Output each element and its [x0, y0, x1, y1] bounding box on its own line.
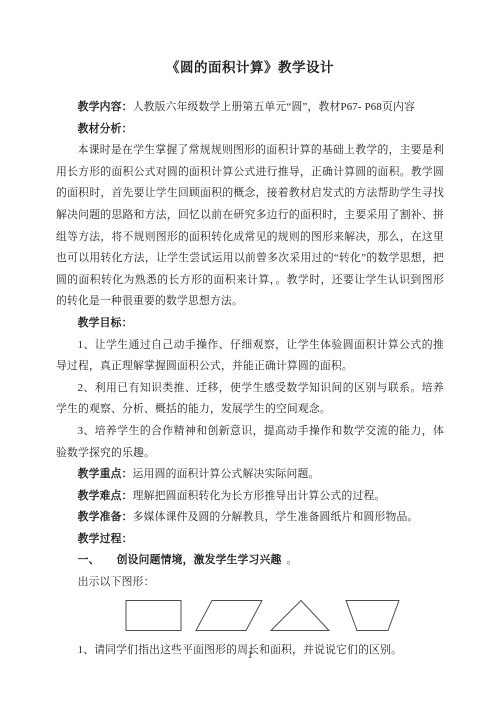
- difficult-point-line: 教学难点：理解把圆面积转化为长方形推导出计算公式的过程。: [56, 486, 444, 508]
- step-one-heading: 一、创设问题情境，激发学生学习兴趣。: [56, 550, 444, 572]
- teaching-content-text: 人教版六年级数学上册第五单元“圆”，教材P67- P68页内容: [133, 101, 415, 113]
- goal-item-1: 1、让学生通过自己动手操作、仔细观察，让学生体验圆面积计算公式的推导过程，真正理…: [56, 335, 444, 378]
- preparation-text: 多媒体课件及圆的分解教具，学生准备圆纸片和圆形物品。: [133, 511, 419, 523]
- rectangle-shape: [126, 600, 181, 630]
- preparation-label: 教学准备：: [78, 511, 133, 523]
- material-analysis-body: 本课时是在学生掌握了常规规则图形的面积计算的基础上教学的，主要是利用长方形的面积…: [56, 140, 444, 313]
- page-number: 1: [0, 650, 500, 661]
- goal-item-2: 2、利用已有知识类推、迁移，使学生感受数学知识间的区别与联系。培养学生的观察、分…: [56, 378, 444, 421]
- teaching-process-label: 教学过程：: [78, 533, 133, 545]
- difficult-point-text: 理解把圆面积转化为长方形推导出计算公式的过程。: [133, 490, 386, 502]
- step-one-suffix: 。: [287, 554, 298, 566]
- triangle-shape: [271, 600, 329, 630]
- goal-item-3: 3、培养学生的合作精神和创新意识，提高动手操作和数学交流的能力，体验数学探究的乐…: [56, 421, 444, 464]
- key-point-label: 教学重点：: [78, 468, 133, 480]
- teaching-goals-heading: 教学目标：: [56, 313, 444, 335]
- trapezoid-shape: [346, 600, 399, 630]
- material-analysis-heading: 教材分析：: [56, 119, 444, 141]
- document-page: 《圆的面积计算》教学设计 教学内容：人教版六年级数学上册第五单元“圆”，教材P6…: [0, 0, 500, 707]
- teaching-process-heading: 教学过程：: [56, 529, 444, 551]
- key-point-line: 教学重点：运用圆的面积计算公式解决实际问题。: [56, 464, 444, 486]
- shapes-svg: [124, 597, 404, 635]
- difficult-point-label: 教学难点：: [78, 490, 133, 502]
- teaching-content-line: 教学内容：人教版六年级数学上册第五单元“圆”，教材P67- P68页内容: [56, 97, 444, 119]
- show-shapes-line: 出示以下图形：: [56, 572, 444, 594]
- material-analysis-label: 教材分析：: [78, 123, 133, 135]
- step-one-number: 一、: [78, 554, 100, 566]
- key-point-text: 运用圆的面积计算公式解决实际问题。: [133, 468, 320, 480]
- teaching-content-label: 教学内容：: [78, 101, 133, 113]
- parallelogram-shape: [196, 600, 262, 630]
- page-title: 《圆的面积计算》教学设计: [56, 56, 444, 80]
- teaching-goals-label: 教学目标：: [78, 317, 133, 329]
- step-one-title: 创设问题情境，激发学生学习兴趣: [117, 554, 282, 566]
- shapes-figure: [124, 597, 444, 637]
- preparation-line: 教学准备：多媒体课件及圆的分解教具，学生准备圆纸片和圆形物品。: [56, 507, 444, 529]
